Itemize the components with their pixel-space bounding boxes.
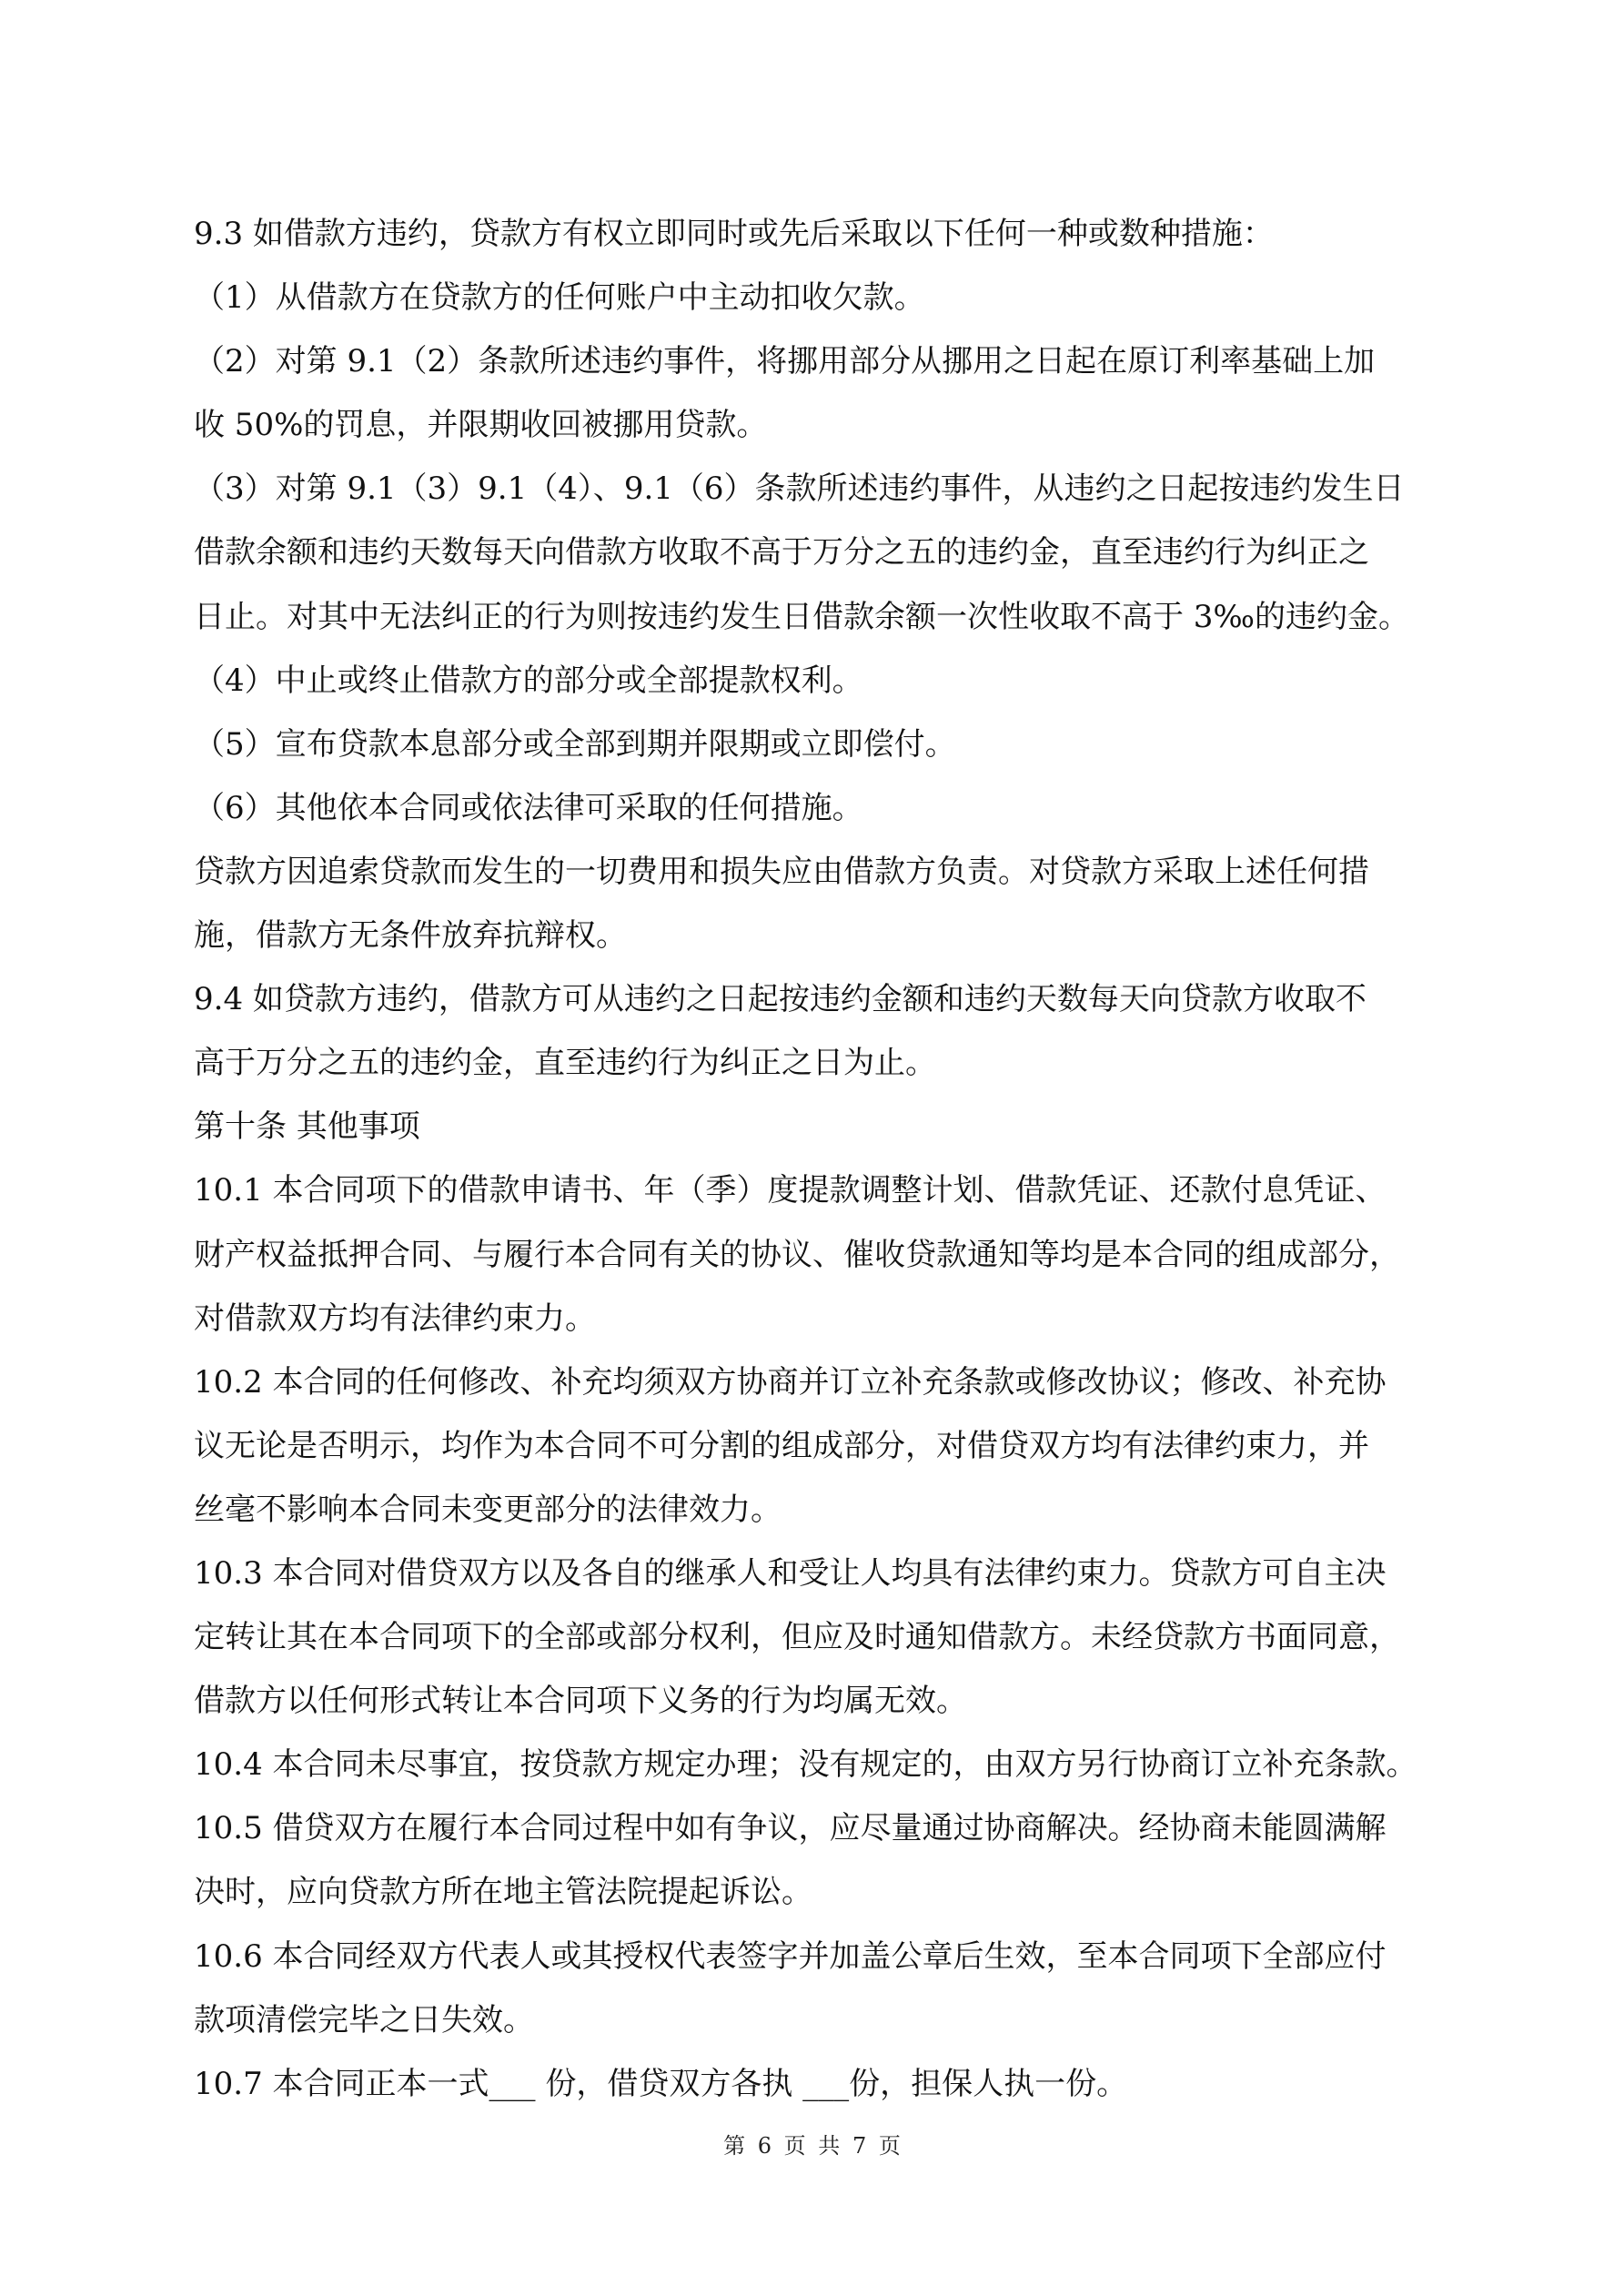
measure-4: （4）中止或终止借款方的部分或全部提款权利。 — [194, 649, 1431, 713]
clause-10-2-line-3: 丝毫不影响本合同未变更部分的法律效力。 — [194, 1478, 1431, 1542]
measure-3-line-2: 借款余额和违约天数每天向借款方收取不高于万分之五的违约金，直至违约行为纠正之 — [194, 521, 1431, 584]
measure-3-line-3: 日止。对其中无法纠正的行为则按违约发生日借款余额一次性收取不高于 3‰的违约金。 — [194, 585, 1431, 649]
clause-10-7: 10.7 本合同正本一式___ 份，借贷双方各执 ___份，担保人执一份。 — [194, 2052, 1431, 2116]
clause-10-3-line-2: 定转让其在本合同项下的全部或部分权利，但应及时通知借款方。未经贷款方书面同意， — [194, 1605, 1431, 1669]
page-number-footer: 第 6 页 共 7 页 — [0, 2128, 1624, 2159]
contract-body: 9.3 如借款方违约，贷款方有权立即同时或先后采取以下任何一种或数种措施： （1… — [194, 202, 1431, 2116]
clause-10-1-line-1: 10.1 本合同项下的借款申请书、年（季）度提款调整计划、借款凭证、还款付息凭证… — [194, 1158, 1431, 1222]
clause-10-5-line-1: 10.5 借贷双方在履行本合同过程中如有争议，应尽量通过协商解决。经协商未能圆满… — [194, 1796, 1431, 1860]
clause-10-2-line-2: 议无论是否明示，均作为本合同不可分割的组成部分，对借贷双方均有法律约束力，并 — [194, 1414, 1431, 1478]
clause-9-4-line-2: 高于万分之五的违约金，直至违约行为纠正之日为止。 — [194, 1031, 1431, 1095]
clause-10-6-line-2: 款项清偿完毕之日失效。 — [194, 1988, 1431, 2052]
measure-1: （1）从借款方在贷款方的任何账户中主动扣收欠款。 — [194, 266, 1431, 329]
article-10-heading: 第十条 其他事项 — [194, 1095, 1431, 1158]
clause-10-3-line-1: 10.3 本合同对借贷双方以及各自的继承人和受让人均具有法律约束力。贷款方可自主… — [194, 1542, 1431, 1605]
clause-10-6-line-1: 10.6 本合同经双方代表人或其授权代表签字并加盖公章后生效，至本合同项下全部应… — [194, 1925, 1431, 1988]
clause-10-2-line-1: 10.2 本合同的任何修改、补充均须双方协商并订立补充条款或修改协议；修改、补充… — [194, 1350, 1431, 1414]
measure-3-line-1: （3）对第 9.1（3）9.1（4）、9.1（6）条款所述违约事件，从违约之日起… — [194, 457, 1431, 521]
measure-5: （5）宣布贷款本息部分或全部到期并限期或立即偿付。 — [194, 713, 1431, 776]
measure-2-line-2: 收 50%的罚息，并限期收回被挪用贷款。 — [194, 393, 1431, 457]
clause-10-4: 10.4 本合同未尽事宜，按贷款方规定办理；没有规定的，由双方另行协商订立补充条… — [194, 1733, 1431, 1796]
measure-6: （6）其他依本合同或依法律可采取的任何措施。 — [194, 776, 1431, 840]
clause-10-5-line-2: 决时，应向贷款方所在地主管法院提起诉讼。 — [194, 1860, 1431, 1924]
clause-9-4-line-1: 9.4 如贷款方违约，借款方可从违约之日起按违约金额和违约天数每天向贷款方收取不 — [194, 967, 1431, 1031]
costs-paragraph-line-1: 贷款方因追索贷款而发生的一切费用和损失应由借款方负责。对贷款方采取上述任何措 — [194, 840, 1431, 904]
clause-9-3: 9.3 如借款方违约，贷款方有权立即同时或先后采取以下任何一种或数种措施： — [194, 202, 1431, 266]
document-page: 9.3 如借款方违约，贷款方有权立即同时或先后采取以下任何一种或数种措施： （1… — [0, 0, 1624, 2296]
clause-10-3-line-3: 借款方以任何形式转让本合同项下义务的行为均属无效。 — [194, 1669, 1431, 1733]
costs-paragraph-line-2: 施，借款方无条件放弃抗辩权。 — [194, 904, 1431, 967]
clause-10-1-line-2: 财产权益抵押合同、与履行本合同有关的协议、催收贷款通知等均是本合同的组成部分， — [194, 1223, 1431, 1287]
measure-2-line-1: （2）对第 9.1（2）条款所述违约事件，将挪用部分从挪用之日起在原订利率基础上… — [194, 329, 1431, 393]
clause-10-1-line-3: 对借款双方均有法律约束力。 — [194, 1287, 1431, 1350]
